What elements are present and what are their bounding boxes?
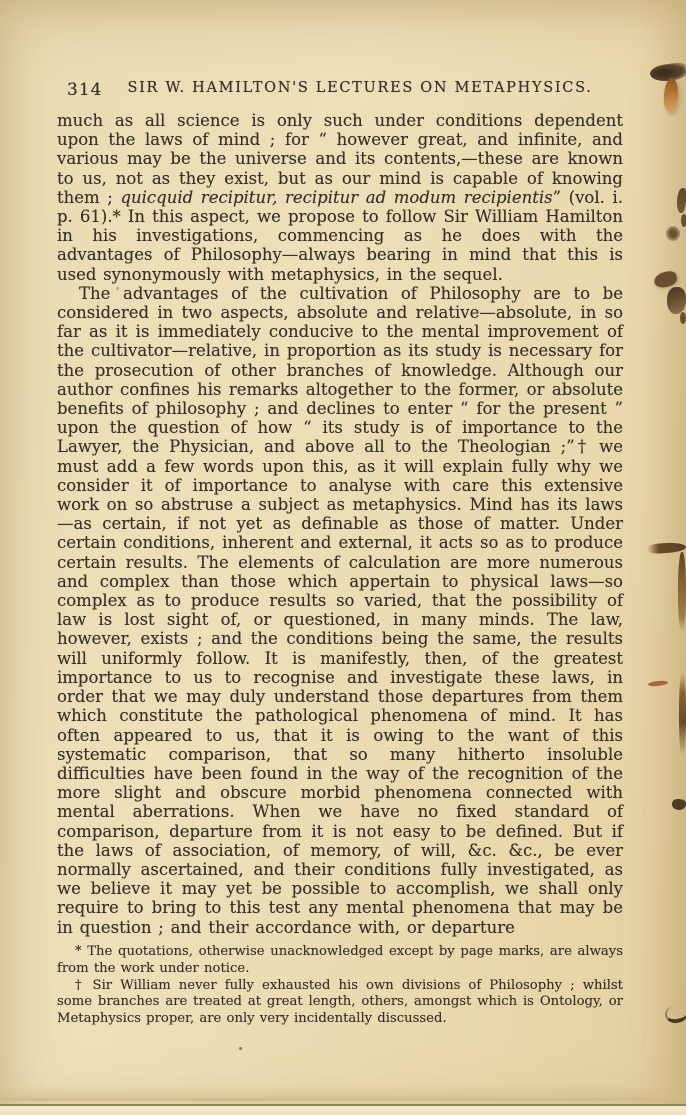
paragraph-continuation: much as all science is only such under c… [57, 111, 623, 284]
footnote-asterisk: * The quotations, otherwise unacknowledg… [57, 944, 623, 978]
page-edge-line [0, 1104, 686, 1106]
paper-stain-mark [648, 680, 668, 687]
footnote-dagger: † Sir William never fully exhausted his … [57, 978, 623, 1029]
footnotes-section: * The quotations, otherwise unacknowledg… [57, 944, 623, 1029]
paper-stain-mark [676, 188, 686, 214]
paper-tear-mark [662, 77, 679, 112]
paper-tear-mark [649, 62, 686, 84]
page-bottom-shading [0, 1086, 686, 1098]
paper-stain-mark [671, 798, 686, 811]
paper-stain-streak [679, 672, 686, 756]
paper-stain-streak [647, 542, 686, 555]
paper-stain-mark [653, 270, 679, 289]
paper-speck [239, 1047, 242, 1050]
paper-stain-streak [678, 552, 686, 632]
running-header: 314 SIR W. HAMILTON'S LECTURES ON METAPH… [57, 80, 623, 102]
book-page: 314 SIR W. HAMILTON'S LECTURES ON METAPH… [0, 0, 686, 1115]
page-number: 314 [67, 80, 102, 100]
latin-quotation: quicquid recipitur, recipitur ad modum r… [120, 188, 552, 207]
running-header-title: SIR W. HAMILTON'S LECTURES ON METAPHYSIC… [57, 80, 623, 96]
paper-stain-mark [680, 312, 686, 324]
paragraph-advantages: The advantages of the cultivation of Phi… [57, 284, 623, 937]
page-edge-line [0, 1098, 686, 1101]
paper-stain-mark [664, 1003, 686, 1025]
underlying-page-edge [0, 1106, 686, 1115]
paper-stain-mark [667, 287, 686, 314]
paper-stain-mark [681, 214, 686, 227]
text-column: much as all science is only such under c… [57, 111, 623, 1028]
paper-stain-mark [666, 226, 680, 241]
